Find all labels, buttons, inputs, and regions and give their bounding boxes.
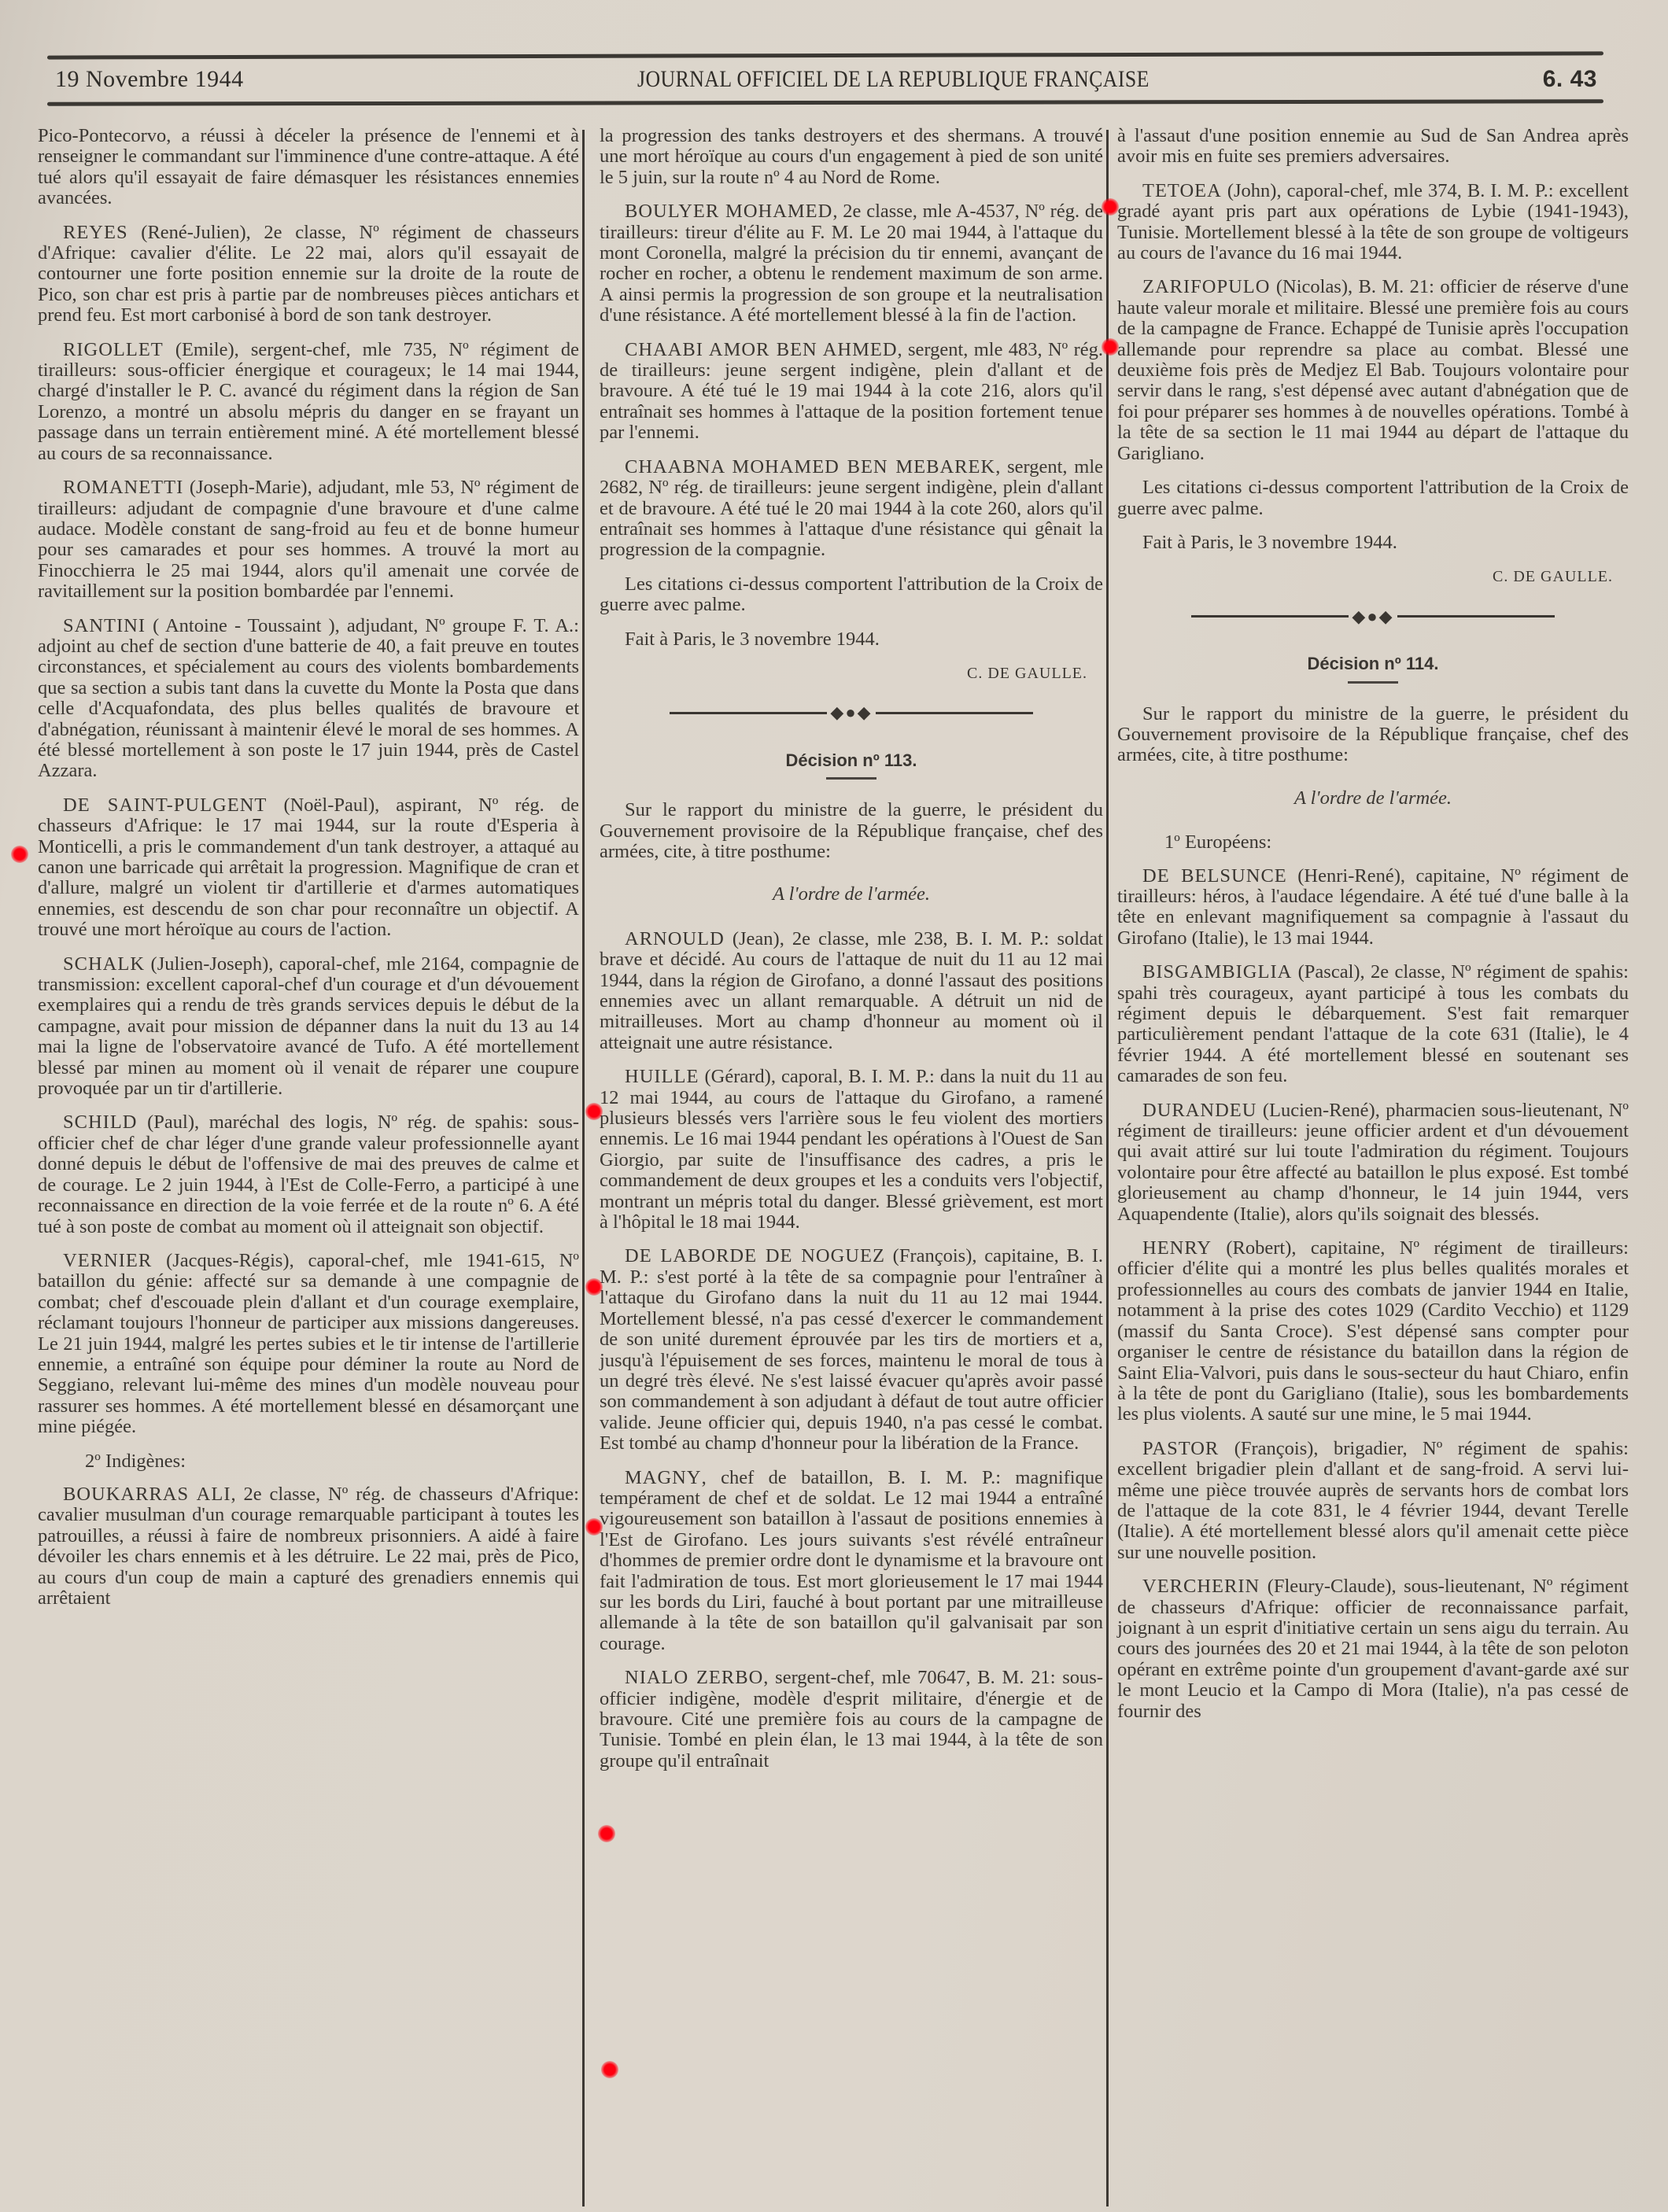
citation-name: BOULYER MOHAMED bbox=[625, 201, 832, 222]
paragraph: Sur le rapport du ministre de la guerre,… bbox=[600, 800, 1103, 862]
divider-line bbox=[876, 712, 1033, 714]
citation-entry: CHAABI AMOR BEN AHMED, sergent, mle 483,… bbox=[600, 340, 1103, 444]
ornamental-divider: ◆●◆ bbox=[600, 702, 1103, 723]
red-annotation-dot bbox=[585, 1278, 603, 1296]
citation-text: (Gérard), caporal, B. I. M. P.: dans la … bbox=[600, 1066, 1103, 1233]
column-divider bbox=[1106, 130, 1109, 2206]
citation-text: (Noël-Paul), aspirant, Nº rég. de chasse… bbox=[38, 794, 579, 940]
citation-entry: RIGOLLET (Emile), sergent-chef, mle 735,… bbox=[38, 340, 579, 464]
citation-name: SCHALK bbox=[63, 953, 145, 975]
citation-entry: DE BELSUNCE (Henri-René), capitaine, Nº … bbox=[1117, 866, 1629, 949]
citation-name: BOUKARRAS ALI bbox=[63, 1484, 231, 1505]
decision-heading: Décision nº 113. bbox=[600, 750, 1103, 771]
citation-entry: SCHILD (Paul), maréchal des logis, Nº ré… bbox=[38, 1112, 579, 1237]
column-middle: la progression des tanks destroyers et d… bbox=[600, 126, 1103, 1785]
paragraph: Fait à Paris, le 3 novembre 1944. bbox=[600, 629, 1103, 650]
citation-entry: TETOEA (John), caporal-chef, mle 374, B.… bbox=[1117, 181, 1629, 264]
citation-name: DE BELSUNCE bbox=[1142, 865, 1287, 887]
citation-name: DE SAINT-PULGENT bbox=[63, 794, 267, 816]
publication-title: JOURNAL OFFICIEL DE LA REPUBLIQUE FRANÇA… bbox=[637, 66, 1150, 93]
citation-name: TETOEA bbox=[1142, 180, 1222, 201]
paragraph: Fait à Paris, le 3 novembre 1944. bbox=[1117, 533, 1629, 553]
signature: C. DE GAULLE. bbox=[1117, 566, 1613, 587]
citation-entry: VERCHERIN (Fleury-Claude), sous-lieutena… bbox=[1117, 1576, 1629, 1722]
citation-entry: SCHALK (Julien-Joseph), caporal-chef, ml… bbox=[38, 954, 579, 1100]
divider-line bbox=[670, 712, 827, 714]
column-left: Pico-Pontecorvo, a réussi à déceler la p… bbox=[38, 126, 579, 1622]
red-annotation-dot bbox=[585, 1518, 603, 1535]
decision-heading: Décision nº 114. bbox=[1117, 654, 1629, 674]
citation-text: (Robert), capitaine, Nº régiment de tira… bbox=[1117, 1237, 1629, 1425]
red-annotation-dot bbox=[585, 1103, 603, 1120]
citation-entry: VERNIER (Jacques-Régis), caporal-chef, m… bbox=[38, 1251, 579, 1438]
citation-entry: BOUKARRAS ALI, 2e classe, Nº rég. de cha… bbox=[38, 1484, 579, 1609]
citation-text: (Nicolas), B. M. 21: officier de réserve… bbox=[1117, 276, 1629, 463]
citation-text: (Julien-Joseph), caporal-chef, mle 2164,… bbox=[38, 953, 579, 1099]
citation-name: SCHILD bbox=[63, 1112, 137, 1133]
citation-name: ZARIFOPULO bbox=[1142, 276, 1270, 297]
citation-name: DE LABORDE DE NOGUEZ bbox=[625, 1245, 885, 1266]
citation-entry: NIALO ZERBO, sergent-chef, mle 70647, B.… bbox=[600, 1668, 1103, 1771]
citation-entry: BOULYER MOHAMED, 2e classe, mle A-4537, … bbox=[600, 201, 1103, 326]
citation-name: CHAABI AMOR BEN AHMED bbox=[625, 339, 898, 360]
citation-entry: DURANDEU (Lucien-René), pharmacien sous-… bbox=[1117, 1100, 1629, 1225]
decision-header: Décision nº 114. bbox=[1117, 654, 1629, 683]
newspaper-page: 19 Novembre 1944 JOURNAL OFFICIEL DE LA … bbox=[0, 0, 1668, 2212]
issue-date: 19 Novembre 1944 bbox=[55, 66, 244, 93]
paragraph: Sur le rapport du ministre de la guerre,… bbox=[1117, 704, 1629, 766]
order-heading: A l'ordre de l'armée. bbox=[1117, 788, 1629, 809]
citation-entry: SANTINI ( Antoine - Toussaint ), adjudan… bbox=[38, 616, 579, 782]
citation-name: BISGAMBIGLIA bbox=[1142, 961, 1292, 982]
citation-name: HUILLE bbox=[625, 1066, 699, 1087]
category-subheading: 1º Européens: bbox=[1117, 832, 1629, 853]
red-annotation-dot bbox=[1102, 198, 1119, 216]
fleuron-icon: ◆●◆ bbox=[1352, 606, 1393, 627]
signature: C. DE GAULLE. bbox=[600, 663, 1087, 684]
citation-name: RIGOLLET bbox=[63, 339, 164, 360]
citation-name: ROMANETTI bbox=[63, 477, 183, 498]
citation-text: ( Antoine - Toussaint ), adjudant, Nº gr… bbox=[38, 615, 579, 782]
header-top-rule bbox=[47, 51, 1603, 59]
citation-entry: BISGAMBIGLIA (Pascal), 2e classe, Nº rég… bbox=[1117, 962, 1629, 1086]
citation-name: HENRY bbox=[1142, 1237, 1212, 1259]
citation-name: SANTINI bbox=[63, 615, 146, 636]
citation-name: DURANDEU bbox=[1142, 1100, 1257, 1121]
citation-entry: CHAABNA MOHAMED BEN MEBAREK, sergent, ml… bbox=[600, 457, 1103, 561]
red-annotation-dot bbox=[598, 1825, 615, 1842]
citation-name: VERCHERIN bbox=[1142, 1576, 1260, 1597]
fleuron-icon: ◆●◆ bbox=[830, 702, 872, 723]
citation-entry: PASTOR (François), brigadier, Nº régimen… bbox=[1117, 1439, 1629, 1563]
order-heading: A l'ordre de l'armée. bbox=[600, 884, 1103, 905]
citation-name: PASTOR bbox=[1142, 1438, 1219, 1459]
red-annotation-dot bbox=[11, 846, 28, 863]
citation-entry: ROMANETTI (Joseph-Marie), adjudant, mle … bbox=[38, 477, 579, 602]
citation-entry: ARNOULD (Jean), 2e classe, mle 238, B. I… bbox=[600, 929, 1103, 1053]
paragraph: Les citations ci-dessus comportent l'att… bbox=[600, 574, 1103, 616]
heading-underline bbox=[826, 777, 876, 780]
citation-entry: ZARIFOPULO (Nicolas), B. M. 21: officier… bbox=[1117, 277, 1629, 464]
decision-header: Décision nº 113. bbox=[600, 750, 1103, 780]
header-bottom-rule bbox=[47, 99, 1603, 105]
citation-entry: DE SAINT-PULGENT (Noël-Paul), aspirant, … bbox=[38, 795, 579, 941]
citation-text: (Fleury-Claude), sous-lieutenant, Nº rég… bbox=[1117, 1576, 1629, 1721]
citation-entry: HENRY (Robert), capitaine, Nº régiment d… bbox=[1117, 1238, 1629, 1425]
citation-name: REYES bbox=[63, 222, 128, 243]
citation-name: ARNOULD bbox=[625, 928, 725, 949]
continued-text: la progression des tanks destroyers et d… bbox=[600, 126, 1103, 188]
masthead: 19 Novembre 1944 JOURNAL OFFICIEL DE LA … bbox=[55, 63, 1597, 96]
citation-entry: REYES (René-Julien), 2e classe, Nº régim… bbox=[38, 223, 579, 326]
category-subheading: 2º Indigènes: bbox=[38, 1451, 579, 1472]
red-annotation-dot bbox=[601, 2061, 618, 2078]
divider-line bbox=[1397, 615, 1555, 618]
citation-text: (Jacques-Régis), caporal-chef, mle 1941-… bbox=[38, 1250, 579, 1437]
column-right: à l'assaut d'une position ennemie au Sud… bbox=[1117, 126, 1629, 1735]
page-number: 6. 43 bbox=[1543, 66, 1597, 93]
red-annotation-dot bbox=[1102, 338, 1119, 356]
continued-text: à l'assaut d'une position ennemie au Sud… bbox=[1117, 126, 1629, 168]
citation-entry: MAGNY, chef de bataillon, B. I. M. P.: m… bbox=[600, 1468, 1103, 1655]
citation-text: (François), capitaine, B. I. M. P.: s'es… bbox=[600, 1245, 1103, 1454]
divider-line bbox=[1191, 615, 1349, 618]
citation-name: NIALO ZERBO bbox=[625, 1667, 763, 1688]
heading-underline bbox=[1348, 681, 1398, 684]
citation-entry: HUILLE (Gérard), caporal, B. I. M. P.: d… bbox=[600, 1067, 1103, 1233]
column-divider bbox=[582, 130, 585, 2206]
citation-name: MAGNY bbox=[625, 1467, 702, 1488]
citation-text: , chef de bataillon, B. I. M. P.: magnif… bbox=[600, 1467, 1103, 1654]
citation-name: VERNIER bbox=[63, 1250, 152, 1271]
paragraph: Les citations ci-dessus comportent l'att… bbox=[1117, 477, 1629, 519]
citation-name: CHAABNA MOHAMED BEN MEBAREK bbox=[625, 456, 995, 477]
continued-text: Pico-Pontecorvo, a réussi à déceler la p… bbox=[38, 126, 579, 209]
ornamental-divider: ◆●◆ bbox=[1117, 606, 1629, 627]
citation-entry: DE LABORDE DE NOGUEZ (François), capitai… bbox=[600, 1246, 1103, 1454]
